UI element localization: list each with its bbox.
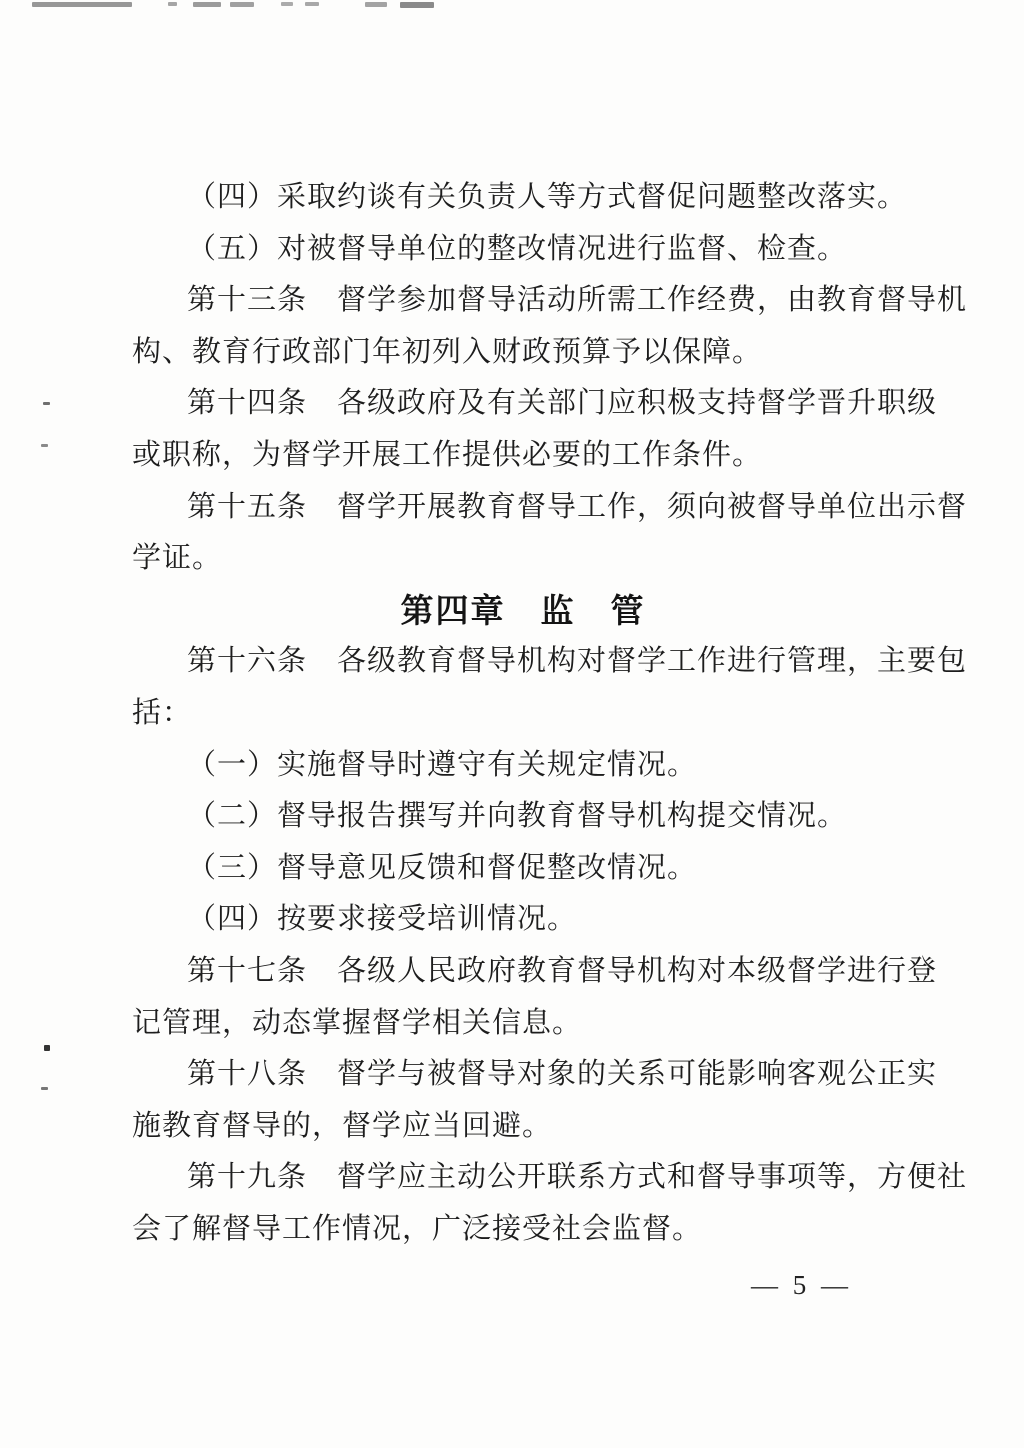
margin-mark: [41, 444, 48, 447]
scanned-document-page: （四）采取约谈有关负责人等方式督促问题整改落实。 （五）对被督导单位的整改情况进…: [0, 0, 1024, 1448]
scan-artifact: [365, 2, 387, 7]
scan-artifact: [305, 2, 319, 6]
paragraph-line: （一）实施督导时遵守有关规定情况。: [132, 740, 914, 792]
paragraph-line: 学证。: [132, 533, 914, 585]
scan-artifact: [193, 2, 221, 7]
margin-mark: [43, 402, 50, 405]
document-body: （四）采取约谈有关负责人等方式督促问题整改落实。 （五）对被督导单位的整改情况进…: [132, 172, 914, 1255]
scan-artifact: [32, 2, 132, 7]
chapter-heading: 第四章 监 管: [132, 585, 914, 637]
paragraph-line: 第十三条 督学参加督导活动所需工作经费，由教育督导机: [132, 275, 914, 327]
scan-artifact: [281, 2, 293, 6]
paragraph-line: 第十七条 各级人民政府教育督导机构对本级督学进行登: [132, 946, 914, 998]
scan-artifact: [400, 2, 434, 8]
paragraph-line: 第十六条 各级教育督导机构对督学工作进行管理，主要包: [132, 636, 914, 688]
page-number: — 5 —: [751, 1270, 852, 1301]
scan-artifact: [168, 2, 177, 6]
paragraph-line: 记管理，动态掌握督学相关信息。: [132, 998, 914, 1050]
paragraph-line: 构、教育行政部门年初列入财政预算予以保障。: [132, 327, 914, 379]
paragraph-line: 第十九条 督学应主动公开联系方式和督导事项等，方便社: [132, 1152, 914, 1204]
margin-mark: [41, 1087, 48, 1090]
paragraph-line: 第十四条 各级政府及有关部门应积极支持督学晋升职级: [132, 378, 914, 430]
paragraph-line: （五）对被督导单位的整改情况进行监督、检查。: [132, 224, 914, 276]
paragraph-line: （四）按要求接受培训情况。: [132, 894, 914, 946]
scan-artifact: [230, 2, 254, 7]
paragraph-line: （四）采取约谈有关负责人等方式督促问题整改落实。: [132, 172, 914, 224]
paragraph-line: 第十八条 督学与被督导对象的关系可能影响客观公正实: [132, 1049, 914, 1101]
paragraph-line: 会了解督导工作情况，广泛接受社会监督。: [132, 1204, 914, 1256]
paragraph-line: 第十五条 督学开展教育督导工作，须向被督导单位出示督: [132, 482, 914, 534]
margin-mark: [44, 1045, 50, 1051]
paragraph-line: （三）督导意见反馈和督促整改情况。: [132, 843, 914, 895]
paragraph-line: 括：: [132, 688, 914, 740]
paragraph-line: 或职称，为督学开展工作提供必要的工作条件。: [132, 430, 914, 482]
paragraph-line: 施教育督导的，督学应当回避。: [132, 1101, 914, 1153]
paragraph-line: （二）督导报告撰写并向教育督导机构提交情况。: [132, 791, 914, 843]
